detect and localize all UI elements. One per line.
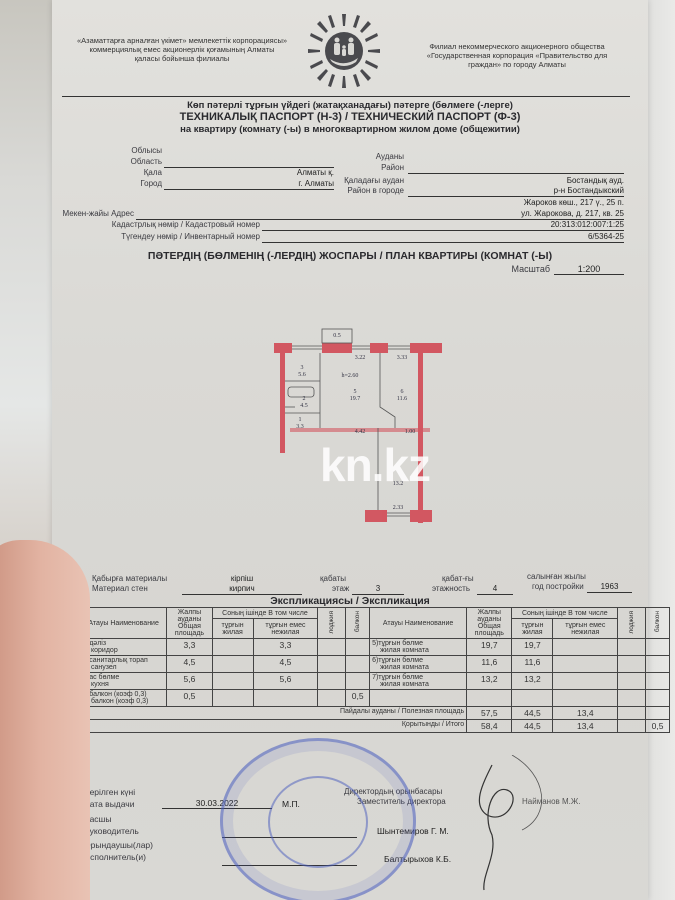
cell-nonliving: [253, 690, 318, 707]
room-5-no: 5: [354, 389, 357, 395]
useful-loggia: [618, 707, 646, 720]
cell-loggia: [318, 639, 346, 656]
inventory-label: Түгендеу нөмір / Инвентарный номер: [42, 232, 260, 242]
oblast-ru-label: Область: [92, 157, 162, 167]
org-line: коммерциялық емес акционерлік қоғамының …: [62, 45, 302, 54]
cell-living: 11,6: [512, 656, 553, 673]
dim: 4.42: [355, 429, 366, 435]
floor-plan: 0.5 3 5.6 2 4.5 1 3.3 5 19.7 6 11.6 13.2…: [270, 325, 450, 530]
cell-living: [212, 673, 253, 690]
stamp-inner-ring: [268, 776, 368, 868]
exec-label-ru: Исполнитель(и): [84, 852, 146, 862]
cell-loggia: [618, 673, 646, 690]
org-line: Филиал некоммерческого акционерного обще…: [397, 42, 637, 51]
dim: 2.33: [393, 505, 404, 511]
summary-balcony: 0,5: [646, 720, 670, 733]
cell-living: [212, 690, 253, 707]
cell-loggia: [318, 656, 346, 673]
wall-label-kz: Қабырға материалы: [92, 574, 167, 584]
col-incl: Соның ішінде В том числе: [512, 608, 618, 619]
table-row: 3)ас бөлмекухня5,65,67)тұрғын бөлмежилая…: [81, 673, 670, 690]
cell-living: 19,7: [512, 639, 553, 656]
col-total: Жалпы ауданы Общая площадь: [467, 608, 512, 639]
cell-nonliving: [553, 690, 618, 707]
dim: 3.33: [397, 355, 408, 361]
rayon-label: Район: [302, 163, 404, 173]
col-loggia: лоджия: [618, 608, 646, 639]
cell-living: [512, 690, 553, 707]
cell-loggia: [618, 639, 646, 656]
useful-living: 44,5: [512, 707, 553, 720]
wall-value-kz: кірпіш: [207, 574, 277, 584]
address-value-kz: Жароков көш., 217 ү., 25 п.: [252, 198, 624, 208]
col-nonliving: тұрғын емес нежилая: [253, 619, 318, 639]
header-left-org: «Азаматтарға арналған үкімет» мемлекетті…: [62, 36, 302, 63]
col-name: Атауы Наименование: [370, 608, 467, 639]
sun-family-hand-logo-icon: [308, 12, 380, 90]
summary-total: 58,4: [467, 720, 512, 733]
room-name: 2)санитарлық торапсанузел: [81, 656, 167, 673]
cell-balcony: [646, 690, 670, 707]
city-district-value-kz: Бостандық ауд.: [408, 176, 624, 186]
cell-nonliving: [553, 656, 618, 673]
cell-nonliving: 3,3: [253, 639, 318, 656]
cell-balcony: [646, 639, 670, 656]
room-name: 3)ас бөлмекухня: [81, 673, 167, 690]
city-district-value-ru: р-н Бостандыкский: [408, 186, 624, 197]
cell-nonliving: 4,5: [253, 656, 318, 673]
table-row: 4)балкон (коэф 0,3)балкон (коэф 0,3)0,50…: [81, 690, 670, 707]
room-2-no: 2: [303, 396, 306, 402]
cell-balcony: [646, 656, 670, 673]
wall-value-ru: кирпич: [182, 584, 302, 595]
summary-living: 44,5: [512, 720, 553, 733]
room-1-area: 3.3: [296, 424, 304, 430]
useful-total: 57,5: [467, 707, 512, 720]
room-6-area: 11.6: [397, 396, 407, 402]
cell-total: [467, 690, 512, 707]
room-3-no: 3: [301, 365, 304, 371]
room-name: 4)балкон (коэф 0,3)балкон (коэф 0,3): [81, 690, 167, 707]
cell-loggia: [318, 673, 346, 690]
room-name: [370, 690, 467, 707]
col-total: Жалпы ауданы Общая площадь: [167, 608, 212, 639]
useful-balcony: [646, 707, 670, 720]
wall-label-ru: Материал стен: [92, 584, 148, 594]
useful-area-row: Пайдалы ауданы / Полезная площадь 57,5 4…: [81, 707, 670, 720]
col-living: тұрғын жилая: [212, 619, 253, 639]
issued-label-ru: Дата выдачи: [84, 799, 135, 809]
floor-label-kz: қабаты: [320, 574, 346, 584]
room-6-no: 6: [401, 389, 404, 395]
cell-living: 13,2: [512, 673, 553, 690]
official-stamp: [220, 738, 416, 900]
oblast-kz-label: Облысы: [92, 146, 162, 156]
cell-loggia: [618, 690, 646, 707]
useful-label: Пайдалы ауданы / Полезная площадь: [81, 707, 467, 720]
explication-table: Атауы Наименование Жалпы ауданы Общая пл…: [80, 607, 670, 733]
year-label-kz: салынған жылы: [527, 572, 586, 582]
org-line: граждан» по городу Алматы: [397, 60, 637, 69]
summary-row: Қорытынды / Итого 58,4 44,5 13,4 0,5: [81, 720, 670, 733]
floors-value: 4: [477, 584, 513, 595]
col-name: Атауы Наименование: [81, 608, 167, 639]
table-row: 1)дәлізкоридор3,33,35)тұрғын бөлмежилая …: [81, 639, 670, 656]
cell-total: 19,7: [467, 639, 512, 656]
cadastral-label: Кадастрлық нөмір / Кадастровый номер: [42, 220, 260, 230]
room-name: 5)тұрғын бөлмежилая комната: [370, 639, 467, 656]
address-value-ru: ул. Жарокова, д. 217, кв. 25: [136, 209, 624, 220]
table-row: 2)санитарлық торапсанузел4,54,56)тұрғын …: [81, 656, 670, 673]
plan-title: ПӘТЕРДІҢ (БӨЛМЕНІҢ (-ЛЕРДІҢ) ЖОСПАРЫ / П…: [52, 250, 648, 262]
cell-total: 5,6: [167, 673, 212, 690]
exec-label-kz: Орындаушы(лар): [84, 840, 153, 850]
col-incl: Соның ішінде В том числе: [212, 608, 318, 619]
title-ru: на квартиру (комнату (-ы) в многоквартир…: [52, 124, 648, 135]
col-loggia: лоджия: [318, 608, 346, 639]
cell-balcony: 0,5: [346, 690, 370, 707]
head-label-ru: Руководитель: [84, 826, 139, 836]
org-line: «Государственная корпорация «Правительст…: [397, 51, 637, 60]
city-district-ru-label: Район в городе: [302, 186, 404, 196]
cell-total: 3,3: [167, 639, 212, 656]
ceiling-height: h=2.60: [342, 373, 359, 379]
header-divider: [62, 96, 630, 97]
room-5-area: 19.7: [350, 396, 361, 402]
cell-loggia: [618, 656, 646, 673]
floor-label-ru: этаж: [332, 584, 349, 594]
col-living: тұрғын жилая: [512, 619, 553, 639]
room-1-no: 1: [299, 417, 302, 423]
useful-nonliving: 13,4: [553, 707, 618, 720]
audany-label: Ауданы: [302, 152, 404, 162]
floors-label-kz: қабат-ғы: [442, 574, 474, 584]
scale-label: Масштаб: [452, 264, 550, 274]
col-balcony: балкон: [646, 608, 670, 639]
technical-passport-sheet: «Азаматтарға арналған үкімет» мемлекетті…: [52, 0, 648, 900]
cadastral-value: 20:313:012:007:1:25: [262, 220, 624, 231]
issued-label-kz: Берілген күні: [84, 787, 135, 797]
address-label: Мекен-жайы Адрес: [42, 209, 134, 219]
cell-balcony: [346, 639, 370, 656]
summary-nonliving: 13,4: [553, 720, 618, 733]
year-label-ru: год постройки: [532, 582, 584, 592]
signature: [452, 755, 572, 895]
city-district-kz-label: Қаладағы аудан: [302, 176, 404, 186]
header-row: Атауы Наименование Жалпы ауданы Общая пл…: [81, 608, 670, 619]
room-3-area: 5.6: [298, 372, 306, 378]
org-line: қаласы бойынша филиалы: [62, 54, 302, 63]
col-balcony: балкон: [346, 608, 370, 639]
title-main: ТЕХНИКАЛЫҚ ПАСПОРТ (Н-3) / ТЕХНИЧЕСКИЙ П…: [52, 111, 648, 123]
room-name: 1)дәлізкоридор: [81, 639, 167, 656]
year-value: 1963: [587, 582, 632, 593]
watermark: kn.kz: [320, 438, 430, 492]
explication-title: Экспликациясы / Экспликация: [52, 595, 648, 607]
cell-living: [212, 639, 253, 656]
cell-balcony: [346, 673, 370, 690]
room-name: 7)тұрғын бөлмежилая комната: [370, 673, 467, 690]
cell-total: 4,5: [167, 656, 212, 673]
cell-balcony: [646, 673, 670, 690]
gorod-label: Город: [92, 179, 162, 189]
inventory-value: 6/5364-25: [262, 232, 624, 243]
floor-value: 3: [352, 584, 404, 595]
hand-holding-document: [0, 540, 90, 900]
col-nonliving: тұрғын емес нежилая: [553, 619, 618, 639]
cell-nonliving: [553, 639, 618, 656]
summary-loggia: [618, 720, 646, 733]
cell-loggia: [318, 690, 346, 707]
cell-nonliving: [553, 673, 618, 690]
floors-label-ru: этажность: [432, 584, 470, 594]
dim: 3.22: [355, 355, 366, 361]
cell-balcony: [346, 656, 370, 673]
cell-total: 11,6: [467, 656, 512, 673]
scale-value: 1:200: [554, 264, 624, 275]
cell-living: [212, 656, 253, 673]
cell-total: 0,5: [167, 690, 212, 707]
cell-nonliving: 5,6: [253, 673, 318, 690]
room-name: 6)тұрғын бөлмежилая комната: [370, 656, 467, 673]
org-line: «Азаматтарға арналған үкімет» мемлекетті…: [62, 36, 302, 45]
qala-label: Қала: [92, 168, 162, 178]
summary-label: Қорытынды / Итого: [81, 720, 467, 733]
rayon-value: [408, 172, 624, 174]
dim: 1.00: [405, 429, 416, 435]
title-kz: Көп пәтерлі тұрғын үйдегі (жатақханадағы…: [52, 100, 648, 111]
room-2-area: 4.5: [300, 403, 308, 409]
room-4-area: 0.5: [333, 333, 341, 339]
header-right-org: Филиал некоммерческого акционерного обще…: [397, 42, 637, 69]
cell-total: 13,2: [467, 673, 512, 690]
